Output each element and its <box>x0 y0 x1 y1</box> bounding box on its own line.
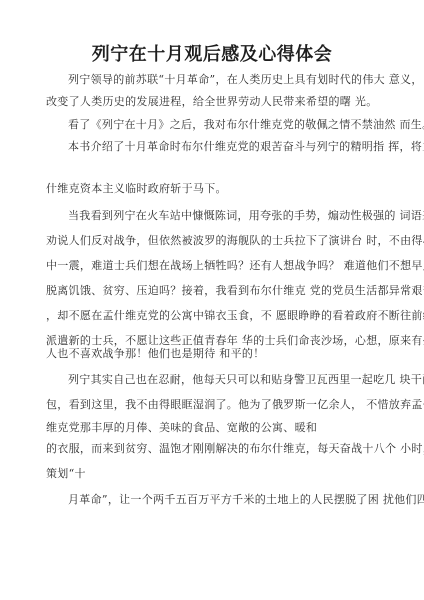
text-line: 看了《列宁在十月》之后，我对布尔什维克党的敬佩之情不禁油然 而生。 <box>68 116 424 132</box>
text-line: 包，看到这里，我不由得眼眶湿润了。他为了俄罗斯一亿余人， 不惜放弃孟什 <box>46 396 424 412</box>
text-line: 中一震，难道士兵们想在战场上牺牲吗？还有人想战争吗？ 难道他们不想早点 <box>46 257 424 273</box>
text-line: 改变了人类历史的发展进程，给全世界劳动人民带来希望的曙 光。 <box>46 93 378 109</box>
text-line: 本书介绍了十月革命时布尔什维克党的艰苦奋斗与列宁的精明指 挥，将孟 <box>68 138 424 154</box>
document-title: 列宁在十月观后感及心得体会 <box>0 40 424 66</box>
text-line: ，却不愿在孟什维克党的公寓中锦衣玉食，不 愿眼睁睁的看着政府不断往前线 <box>46 307 424 323</box>
text-line: 什维克资本主义临时政府斩于马下。 <box>46 180 227 196</box>
text-line: 列宁其实自己也在忍耐，他每天只可以和贴身警卫瓦西里一起吃几 块干面 <box>68 371 424 387</box>
text-line: 劝说人们反对战争，但依然被波罗的海舰队的士兵拉下了演讲台 时，不由得心 <box>46 232 424 248</box>
text-line: 月革命”，让一个两千五百万平方千米的土地上的人民摆脱了困 扰他们四 <box>68 491 424 507</box>
text-line: 维克党那丰厚的月俸、美味的食品、宽敞的公寓、暖和 <box>46 419 317 435</box>
document-page: 列宁在十月观后感及心得体会 列宁领导的前苏联“十月革命”，在人类历史上具有划时代… <box>0 0 424 600</box>
text-line: 当我看到列宁在火车站中慷慨陈词，用夸张的手势，煽动性极强的 词语来 <box>68 207 424 223</box>
text-line: 的衣服，而来到贫穷、温饱才刚刚解决的布尔什维克，每天奋战十八个 小时， <box>46 440 424 456</box>
text-line: 列宁领导的前苏联“十月革命”，在人类历史上具有划时代的伟大 意义， <box>68 71 423 87</box>
text-line: 人也不喜欢战争那！他们也是期待 和平的！ <box>46 345 265 361</box>
text-line: 策划“十 <box>46 465 86 481</box>
text-line: 脱离饥饿、贫穷、压迫吗？接着，我看到布尔什维克 党的党员生活都异常艰苦 <box>46 282 424 298</box>
